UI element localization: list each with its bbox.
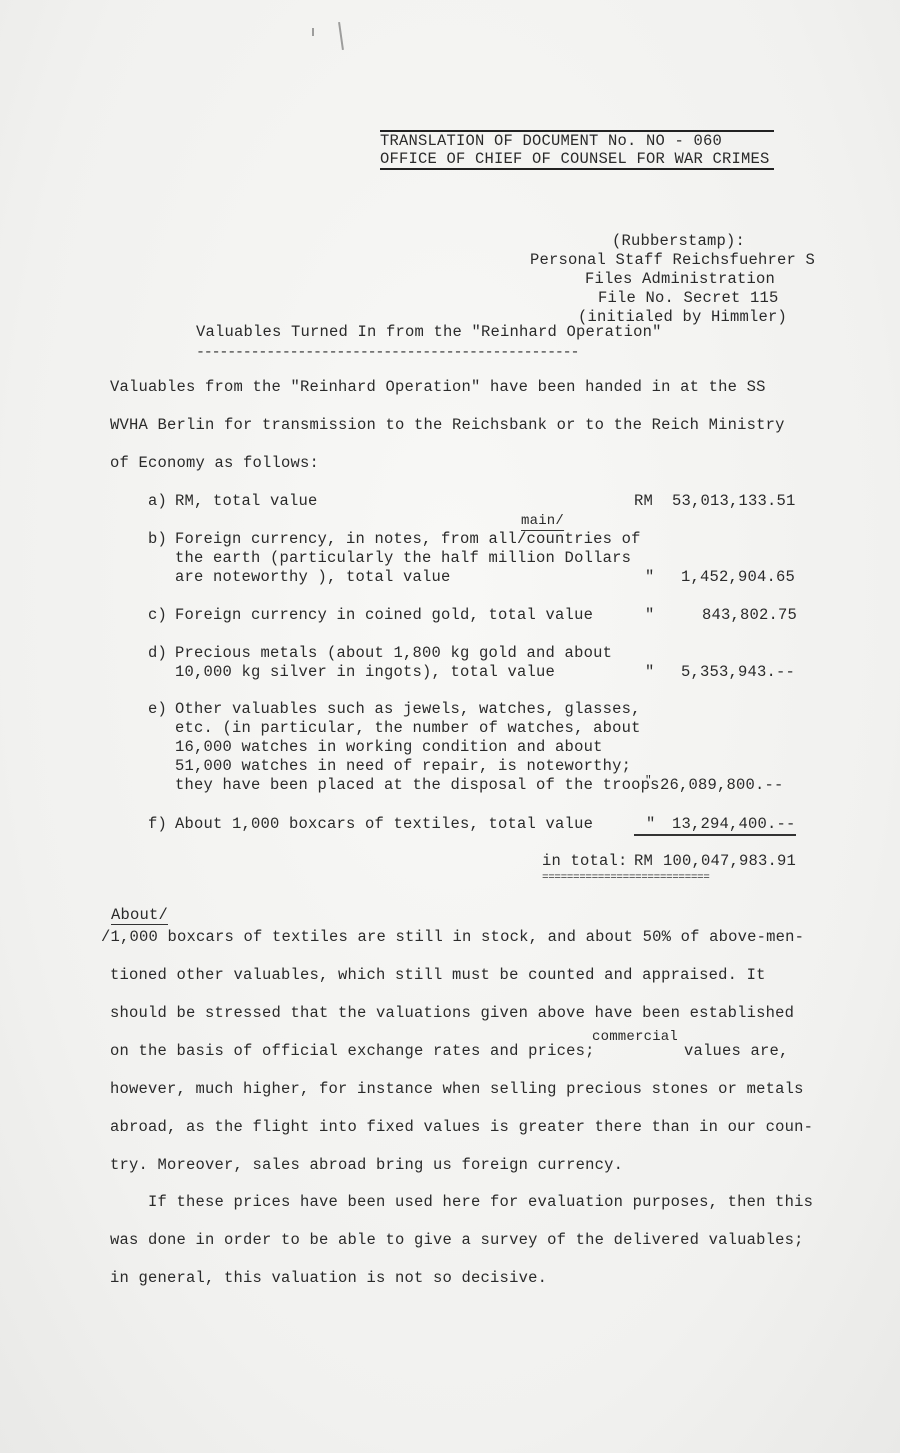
item-text: Foreign currency, in notes, from all/cou… — [175, 530, 641, 548]
item-text: Foreign currency in coined gold, total v… — [175, 606, 593, 624]
intro-line: of Economy as follows: — [110, 454, 319, 472]
scan-mark — [338, 22, 344, 50]
header-line-1: TRANSLATION OF DOCUMENT No. NO - 060 — [380, 132, 774, 150]
document-page: TRANSLATION OF DOCUMENT No. NO - 060 OFF… — [0, 0, 900, 1453]
paragraph-line: in general, this valuation is not so dec… — [110, 1269, 547, 1287]
header-rule — [380, 168, 774, 170]
stamp-line-1: (Rubberstamp): — [612, 232, 745, 250]
item-currency: " — [645, 772, 652, 790]
item-label: e) — [148, 700, 167, 718]
stamp-line-4: File No. Secret 115 — [598, 289, 779, 307]
item-insert: main/ — [521, 512, 564, 531]
paragraph-line: was done in order to be able to give a s… — [110, 1231, 804, 1249]
item-currency: " — [645, 568, 655, 586]
stamp-line-3: Files Administration — [585, 270, 775, 288]
item-text: RM, total value — [175, 492, 318, 510]
handwritten-insert: commercial — [592, 1028, 678, 1046]
item-currency: RM — [634, 492, 653, 510]
item-text: Other valuables such as jewels, watches,… — [175, 700, 641, 718]
total-value: 100,047,983.91 — [663, 852, 796, 870]
item-text: About 1,000 boxcars of textiles, total v… — [175, 815, 593, 833]
item-currency: " — [646, 815, 656, 833]
item-value: 843,802.75 — [702, 606, 797, 624]
handwritten-insert: About/ — [111, 906, 168, 925]
item-label: f) — [148, 815, 167, 833]
total-rule: =========================== — [542, 873, 709, 883]
paragraph-line: tioned other valuables, which still must… — [110, 966, 766, 984]
item-text: are noteworthy ), total value — [175, 568, 451, 586]
item-text: 10,000 kg silver in ingots), total value — [175, 663, 555, 681]
item-text: etc. (in particular, the number of watch… — [175, 719, 641, 737]
item-value: 53,013,133.51 — [672, 492, 796, 510]
paragraph-line: /1,000 boxcars of textiles are still in … — [101, 928, 804, 946]
document-title: Valuables Turned In from the "Reinhard O… — [196, 323, 662, 341]
header-line-2: OFFICE OF CHIEF OF COUNSEL FOR WAR CRIME… — [380, 150, 774, 168]
paragraph-line: try. Moreover, sales abroad bring us for… — [110, 1156, 623, 1174]
item-value: 26,089,800.-- — [660, 776, 784, 794]
intro-line: Valuables from the "Reinhard Operation" … — [110, 378, 766, 396]
stamp-line-2: Personal Staff Reichsfuehrer S — [530, 251, 815, 269]
item-text: the earth (particularly the half million… — [175, 549, 631, 567]
intro-line: WVHA Berlin for transmission to the Reic… — [110, 416, 785, 434]
paragraph-line: If these prices have been used here for … — [148, 1193, 813, 1211]
item-label: d) — [148, 644, 167, 662]
paragraph-line: on the basis of official exchange rates … — [110, 1042, 595, 1060]
item-label: a) — [148, 492, 167, 510]
paragraph-line: should be stressed that the valuations g… — [110, 1004, 794, 1022]
title-rule: ----------------------------------------… — [196, 348, 578, 358]
total-currency: RM — [634, 852, 653, 870]
item-label: c) — [148, 606, 167, 624]
item-text: Precious metals (about 1,800 kg gold and… — [175, 644, 612, 662]
item-text: 51,000 watches in need of repair, is not… — [175, 757, 631, 775]
paragraph-line: values are, — [684, 1042, 789, 1060]
item-currency: " — [645, 663, 655, 681]
total-label: in total: — [542, 852, 628, 870]
item-currency: " — [645, 606, 655, 624]
subtotal-rule — [634, 834, 796, 836]
item-value: 1,452,904.65 — [681, 568, 795, 586]
item-label: b) — [148, 530, 167, 548]
document-header: TRANSLATION OF DOCUMENT No. NO - 060 OFF… — [380, 130, 774, 168]
item-text: they have been placed at the disposal of… — [175, 776, 660, 794]
paragraph-line: however, much higher, for instance when … — [110, 1080, 804, 1098]
item-value: 5,353,943.-- — [681, 663, 795, 681]
paragraph-line: abroad, as the flight into fixed values … — [110, 1118, 813, 1136]
scan-mark — [312, 28, 314, 36]
item-value: 13,294,400.-- — [672, 815, 796, 833]
item-text: 16,000 watches in working condition and … — [175, 738, 603, 756]
